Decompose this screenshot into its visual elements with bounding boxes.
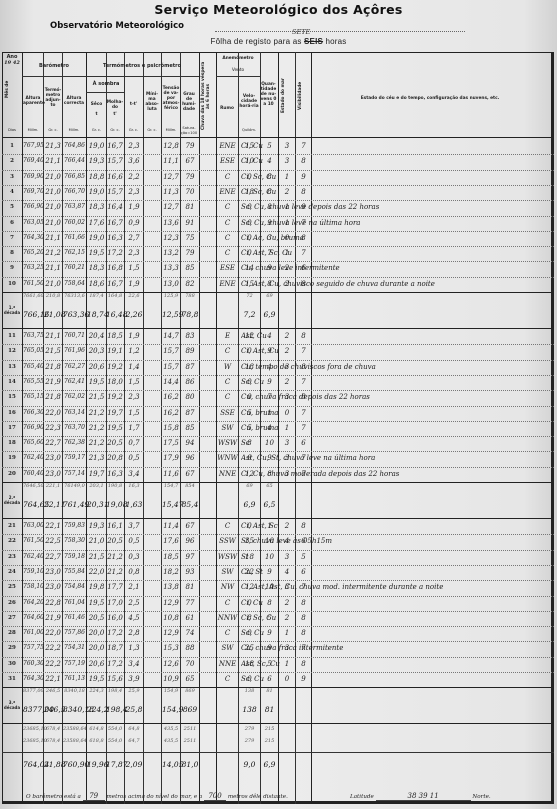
decade-mean-alt_cor: 763,36	[63, 310, 86, 319]
row-rule	[2, 672, 554, 673]
cell-rumo: C	[217, 675, 238, 683]
total-sum1-molh: 554,0	[106, 726, 124, 732]
day-number: 17	[3, 425, 21, 431]
total-sum1-nuv: 215	[261, 726, 278, 732]
decade-sum-diff: 25,9	[125, 688, 143, 694]
remark-text: St, chuva leve às 05h15m	[241, 537, 553, 545]
cell-molh: 18,0	[106, 378, 124, 386]
cell-tensao: 11,3	[162, 188, 180, 196]
cell-term: 21,0	[44, 280, 62, 288]
cell-hum: 81	[181, 203, 199, 211]
cell-alt_cor: 759,83	[63, 522, 86, 529]
shade-label: À sombra	[88, 82, 124, 87]
row-rule	[2, 467, 554, 468]
day-number: 26	[3, 600, 21, 606]
cell-diff: 3,4	[125, 470, 143, 478]
col-altura-correcta: Altura correcta	[63, 96, 85, 106]
cell-tensao: 15,3	[162, 644, 180, 652]
decade-sum-term: 246,5	[44, 688, 62, 694]
cell-tensao: 14,7	[162, 332, 180, 340]
cell-hum: 94	[181, 439, 199, 447]
cell-seco: 18,6	[87, 280, 106, 288]
total-mean-tensao: 14,05	[162, 760, 180, 769]
cell-hum: 79	[181, 249, 199, 257]
total-mean-seco: 19,96	[87, 760, 106, 769]
col-altura-aparente: Altura aparente	[23, 96, 43, 106]
cell-term: 21,0	[44, 173, 62, 181]
decade-label: 3.ª década	[2, 700, 22, 710]
total-sum1-alt_ap: 23685,10	[23, 726, 43, 732]
row-rule	[2, 375, 554, 376]
cell-molh: 20,5	[106, 439, 124, 447]
row-rule	[2, 641, 554, 642]
cell-hum: 93	[181, 568, 199, 576]
cell-seco: 19,3	[87, 522, 106, 530]
cell-alt_ap: 761,00	[23, 629, 43, 636]
cell-seco: 21,2	[87, 409, 106, 417]
cell-rumo: C	[217, 599, 238, 607]
col-humidade: Grau de humi-dade	[180, 92, 198, 112]
cell-seco: 20,5	[87, 614, 106, 622]
unit-mm: Milím.	[23, 128, 43, 133]
cell-molh: 16,0	[106, 614, 124, 622]
cell-alt_cor: 764,86	[63, 142, 86, 149]
decade-mean-nuv: 6,9	[261, 310, 278, 319]
cell-alt_cor: 755,84	[63, 568, 86, 575]
cell-diff: 1,9	[125, 203, 143, 211]
cell-rumo: ESE	[217, 264, 238, 272]
cell-term: 22,8	[44, 599, 62, 607]
register-sheet: Serviço Meteorológico dos Açôres Observa…	[0, 0, 557, 809]
cell-molh: 17,7	[106, 583, 124, 591]
total-sum1-tensao: 435,5	[162, 726, 180, 732]
cell-seco: 19,0	[87, 234, 106, 242]
cell-seco: 18,8	[87, 173, 106, 181]
decade-mean-alt_ap: 8377,00	[23, 705, 43, 714]
decade-sum-hum: 869	[181, 688, 199, 694]
total-sum2-alt_ap: 23685,10	[23, 738, 43, 744]
cell-term: 21,1	[44, 234, 62, 242]
cell-alt_ap: 757,75	[23, 644, 43, 651]
latitude-note: Latitude 38 39 11 Norte.	[350, 792, 491, 801]
cell-rumo: NNE	[217, 660, 238, 668]
cell-alt_ap: 764,30	[23, 675, 43, 682]
cell-rumo: ENE	[217, 142, 238, 150]
total-mean-vel: 9,0	[239, 760, 260, 769]
cell-rumo: WNW	[217, 454, 238, 462]
remark-text: Cu, bruma	[241, 409, 553, 417]
cell-molh: 19,5	[106, 424, 124, 432]
cell-alt_cor: 760,71	[63, 332, 86, 339]
cell-seco: 20,3	[87, 347, 106, 355]
unit-tensao: Milím.	[162, 128, 180, 133]
cell-seco: 21,5	[87, 553, 106, 561]
total-sum1-hum: 2511	[181, 726, 199, 732]
cell-alt_ap: 769,40	[23, 157, 43, 164]
cell-tensao: 13,3	[162, 264, 180, 272]
col-termometro-adjunto: Termó-metro adjun-to	[44, 88, 62, 108]
col-remarks: Estado do céu e do tempo, configuração d…	[310, 96, 550, 101]
remark-text: Ci, Ast, Sc, Cu	[241, 249, 553, 257]
cell-term: 22,1	[44, 522, 62, 530]
cell-hum: 67	[181, 157, 199, 165]
barometer-height: 79	[83, 792, 105, 801]
cell-molh: 19,1	[106, 347, 124, 355]
cell-term: 21,9	[44, 614, 62, 622]
total-mean-alt_cor: 760,90	[63, 760, 86, 769]
decade-mean-hum: 869	[181, 705, 199, 714]
cell-hum: 80	[181, 393, 199, 401]
cell-molh: 17,2	[106, 249, 124, 257]
remark-text: Ci, Ast, Ast, Cu, chuva mod. intermitent…	[241, 583, 553, 591]
col-molhado-symbol: t'	[106, 112, 124, 117]
cell-alt_cor: 761,66	[63, 234, 86, 241]
cell-term: 21,1	[44, 157, 62, 165]
day-number: 31	[3, 676, 21, 682]
cell-diff: 0,5	[125, 537, 143, 545]
cell-tensao: 11,4	[162, 522, 180, 530]
cell-hum: 96	[181, 537, 199, 545]
decade-mean-term: 22,11	[44, 500, 62, 509]
cell-diff: 3,6	[125, 157, 143, 165]
cell-hum: 70	[181, 188, 199, 196]
cell-alt_ap: 760,40	[23, 470, 43, 477]
col-seco-symbol: t	[88, 112, 105, 117]
cell-tensao: 11,6	[162, 470, 180, 478]
remark-text: Sc, Cu	[241, 378, 553, 386]
cell-diff: 0,7	[125, 439, 143, 447]
day-number: 4	[3, 189, 21, 195]
cell-molh: 16,8	[106, 264, 124, 272]
row-rule	[2, 261, 554, 262]
decade-sum-seco: 187,4	[87, 293, 106, 299]
remark-text: Cu, chuva fraca depois das 22 horas	[241, 393, 553, 401]
unit-gr: Gr. c.	[44, 128, 62, 133]
row-rule	[2, 231, 554, 232]
cell-tensao: 11,1	[162, 157, 180, 165]
day-number: 28	[3, 630, 21, 636]
cell-diff: 2,3	[125, 142, 143, 150]
unit-minima: Gr. c.	[143, 128, 161, 133]
cell-term: 23,0	[44, 583, 62, 591]
cell-tensao: 12,9	[162, 629, 180, 637]
day-unit: Dias	[3, 128, 21, 133]
cell-alt_ap: 758,10	[23, 583, 43, 590]
cell-diff: 0,8	[125, 568, 143, 576]
total-sum2-nuv: 215	[261, 738, 278, 744]
header-rule	[22, 76, 199, 77]
cell-seco: 19,5	[87, 675, 106, 683]
decade-mean-vel: 7,2	[239, 310, 260, 319]
cell-rumo: C	[217, 522, 238, 530]
cell-molh: 16,3	[106, 470, 124, 478]
cell-seco: 21,2	[87, 424, 106, 432]
row-rule	[2, 657, 554, 658]
barometer-note: O barómetro está a 79 metros acima do ní…	[26, 792, 288, 801]
cell-molh: 15,7	[106, 157, 124, 165]
cell-rumo: W	[217, 363, 238, 371]
remark-text: Sc, Cu	[241, 629, 553, 637]
cell-tensao: 17,5	[162, 439, 180, 447]
decade-sum-nuv: 69	[261, 293, 278, 299]
cell-term: 21,8	[44, 363, 62, 371]
decade-mean-alt_ap: 766,16	[23, 310, 43, 319]
day-number: 19	[3, 455, 21, 461]
remark-text: Cu, chuva leve intermitente	[241, 264, 553, 272]
col-minima: Míni-ma abso-luta	[143, 92, 161, 112]
cell-alt_cor: 754,31	[63, 644, 86, 651]
cell-hum: 75	[181, 234, 199, 242]
year-value: 19 42	[3, 61, 21, 66]
total-mean-nuv: 6,9	[261, 760, 278, 769]
cell-alt_cor: 766,70	[63, 188, 86, 195]
cell-diff: 3,9	[125, 675, 143, 683]
cell-alt_ap: 765,60	[23, 439, 43, 446]
day-number: 27	[3, 615, 21, 621]
decade-sum-alt_ap: 7661,60	[23, 293, 43, 299]
cell-alt_ap: 762,40	[23, 454, 43, 461]
cell-rumo: SSE	[217, 409, 238, 417]
cell-term: 22,7	[44, 439, 62, 447]
decade-mean-molh: 19,08	[106, 500, 124, 509]
cell-diff: 2,3	[125, 188, 143, 196]
row-rule	[2, 580, 554, 581]
cell-diff: 1,5	[125, 378, 143, 386]
cell-seco: 20,0	[87, 629, 106, 637]
month-label: Mês de	[5, 78, 10, 100]
cell-diff: 2,1	[125, 583, 143, 591]
row-rule	[2, 550, 554, 551]
cell-rumo: SW	[217, 644, 238, 652]
unit-molhado: Gr. c.	[106, 128, 124, 133]
cell-molh: 19,2	[106, 393, 124, 401]
decade-mean-vel: 138	[239, 705, 260, 714]
cell-hum: 96	[181, 454, 199, 462]
cell-term: 23,0	[44, 568, 62, 576]
cell-tensao: 15,7	[162, 347, 180, 355]
cell-term: 21,3	[44, 142, 62, 150]
remark-text: St	[241, 553, 553, 561]
cell-molh: 21,2	[106, 553, 124, 561]
row-rule	[2, 596, 554, 597]
cell-diff: 1,3	[125, 644, 143, 652]
row-rule	[2, 451, 554, 452]
unit-mm-2: Milím.	[63, 128, 85, 133]
remark-text: Ci, Ast, Cu	[241, 347, 553, 355]
cell-hum: 77	[181, 599, 199, 607]
cell-tensao: 12,7	[162, 203, 180, 211]
cell-hum: 87	[181, 409, 199, 417]
cell-rumo: SW	[217, 568, 238, 576]
cell-tensao: 12,9	[162, 599, 180, 607]
row-rule	[2, 390, 554, 391]
row-rule	[2, 611, 554, 612]
remark-text: Ci, Cu	[241, 157, 553, 165]
cell-diff: 1,7	[125, 424, 143, 432]
cell-rumo: E	[217, 332, 238, 340]
cell-rumo: C	[217, 393, 238, 401]
remark-text: Sc	[241, 439, 553, 447]
cell-diff: 1,9	[125, 332, 143, 340]
cell-alt_cor: 757,19	[63, 660, 86, 667]
cell-seco: 21,3	[87, 454, 106, 462]
sheet-suffix: horas	[325, 37, 346, 46]
cell-alt_ap: 761,50	[23, 537, 43, 544]
cell-molh: 20,8	[106, 454, 124, 462]
total-mean-term: 21,88	[44, 760, 62, 769]
day-number: 6	[3, 220, 21, 226]
decade-mean-seco: 20,31	[87, 500, 106, 509]
header-bottom-rule	[2, 137, 554, 138]
cell-molh: 16,6	[106, 173, 124, 181]
cell-alt_ap: 769,70	[23, 188, 43, 195]
cell-rumo: ENE	[217, 280, 238, 288]
day-number: 9	[3, 265, 21, 271]
day-number: 18	[3, 440, 21, 446]
cell-alt_ap: 766,90	[23, 424, 43, 431]
cell-rumo: SSW	[217, 537, 238, 545]
row-rule	[2, 216, 554, 217]
row-rule	[2, 360, 554, 361]
cell-alt_cor: 758,30	[63, 537, 86, 544]
day-number: 1	[3, 143, 21, 149]
cell-seco: 21,5	[87, 393, 106, 401]
day-number: 8	[3, 250, 21, 256]
cell-alt_cor: 760,02	[63, 219, 86, 226]
cell-alt_ap: 759,10	[23, 568, 43, 575]
day-number: 29	[3, 645, 21, 651]
decade-sum-term: 221,1	[44, 483, 62, 489]
cell-alt_cor: 761,96	[63, 347, 86, 354]
row-rule	[2, 421, 554, 422]
cell-seco: 20,6	[87, 660, 106, 668]
cell-hum: 74	[181, 629, 199, 637]
cell-diff: 3,7	[125, 522, 143, 530]
cell-alt_ap: 763,00	[23, 522, 43, 529]
cell-tensao: 12,6	[162, 660, 180, 668]
cell-term: 21,0	[44, 219, 62, 227]
decade-mean-hum: 85,4	[181, 500, 199, 509]
decade-mean-diff: 25,8	[125, 705, 143, 714]
observatory-blank	[215, 31, 465, 32]
remark-text: Sc, Cu, chuva leve depois das 22 horas	[241, 203, 553, 211]
total-sum2-vel: 279	[239, 738, 260, 744]
col-rumo: Rumo	[216, 106, 238, 111]
decade-sum-hum: 854	[181, 483, 199, 489]
cell-seco: 19,5	[87, 249, 106, 257]
wind-label: Vento	[216, 68, 260, 73]
decade-sum-alt_cor: 8340,18	[63, 688, 86, 694]
cell-alt_ap: 765,15	[23, 393, 43, 400]
cell-seco: 19,3	[87, 157, 106, 165]
cell-term: 21,1	[44, 264, 62, 272]
decade-sum-alt_ap: 8377,00	[23, 688, 43, 694]
remark-text: Sc, Cu, chuva leve na última hora	[241, 219, 553, 227]
cell-diff: 0,3	[125, 553, 143, 561]
cell-alt_ap: 765,20	[23, 249, 43, 256]
decade-sum-vel: 69	[239, 483, 260, 489]
cell-alt_ap: 764,20	[23, 599, 43, 606]
decade-mean-alt_cor: 8340,18	[63, 705, 86, 714]
col-estado-mar: Estado do mar	[281, 76, 291, 116]
cell-tensao: 17,6	[162, 537, 180, 545]
total-sum1-alt_cor: 23588,64	[63, 726, 86, 732]
cell-rumo: C	[217, 249, 238, 257]
row-rule	[2, 170, 554, 171]
cell-diff: 1,5	[125, 409, 143, 417]
cell-tensao: 17,9	[162, 454, 180, 462]
cell-hum: 79	[181, 142, 199, 150]
cell-alt_cor: 761,13	[63, 675, 86, 682]
cell-term: 23,0	[44, 470, 62, 478]
day-number: 24	[3, 569, 21, 575]
cell-molh: 19,7	[106, 409, 124, 417]
column-rule	[143, 52, 144, 804]
decade-mean-term: 246,5	[44, 705, 62, 714]
barometer-note-text-1: O barómetro está a	[26, 794, 81, 800]
remark-text: Ci, Sc, Cu	[241, 173, 553, 181]
unit-diff: Gr. c.	[125, 128, 142, 133]
decade-mean-nuv: 81	[261, 705, 278, 714]
cell-tensao: 12,8	[162, 142, 180, 150]
cell-alt_ap: 763,05	[23, 219, 43, 226]
cell-diff: 0,5	[125, 454, 143, 462]
cell-diff: 3,4	[125, 660, 143, 668]
cell-hum: 67	[181, 470, 199, 478]
day-number: 5	[3, 204, 21, 210]
cell-hum: 87	[181, 363, 199, 371]
cell-rumo: NNW	[217, 614, 238, 622]
col-velocidade: Velo-cidade horá-ria	[239, 94, 259, 109]
day-number: 14	[3, 379, 21, 385]
cell-rumo: C	[217, 347, 238, 355]
barometer-note-text-3: metros dêle distante.	[228, 794, 288, 800]
cell-term: 22,2	[44, 660, 62, 668]
cell-alt_ap: 767,95	[23, 142, 43, 149]
decade-sum-seco: 224,3	[87, 688, 106, 694]
cell-alt_cor: 762,38	[63, 439, 86, 446]
cell-molh: 17,2	[106, 629, 124, 637]
total-sum1-seco: 614,8	[87, 726, 106, 732]
cell-seco: 19,0	[87, 142, 106, 150]
cell-term: 21,0	[44, 188, 62, 196]
decade-sum-diff: 22,6	[125, 293, 143, 299]
cell-alt_cor: 766,44	[63, 157, 86, 164]
decade-sum-diff: 16,3	[125, 483, 143, 489]
cell-alt_cor: 761,04	[63, 599, 86, 606]
cell-alt_ap: 766,30	[23, 409, 43, 416]
cell-hum: 65	[181, 675, 199, 683]
remark-text: Ast, Cu	[241, 332, 553, 340]
row-rule	[2, 626, 554, 627]
cell-diff: 1,5	[125, 264, 143, 272]
cell-rumo: C	[217, 234, 238, 242]
cell-term: 22,7	[44, 553, 62, 561]
total-sum2-term: 678,4	[44, 738, 62, 744]
cell-alt_ap: 765,55	[23, 378, 43, 385]
cell-rumo: ESE	[217, 157, 238, 165]
cell-diff: 1,9	[125, 280, 143, 288]
cell-alt_ap: 760,30	[23, 660, 43, 667]
header-rule	[86, 92, 124, 93]
cell-term: 22,3	[44, 424, 62, 432]
latitude-value: 38 39 11	[376, 792, 471, 801]
col-diff: t-t'	[125, 102, 142, 107]
day-number: 23	[3, 554, 21, 560]
decade-mean-tensao: 12,59	[162, 310, 180, 319]
cell-molh: 17,0	[106, 599, 124, 607]
decade-rule	[2, 518, 554, 519]
